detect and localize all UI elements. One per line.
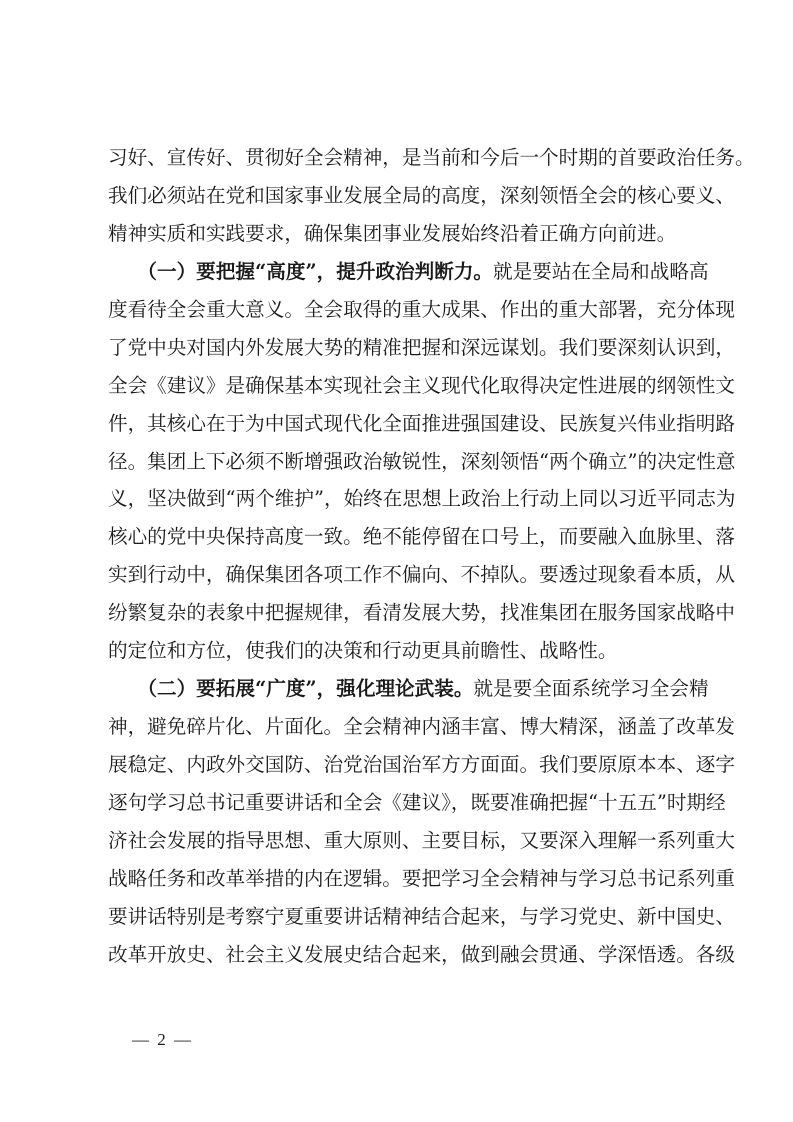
body-text: 习好、宣传好、贯彻好全会精神，是当前和今后一个时期的首要政治任务。 我们必须站在… [108,139,692,974]
paragraph-line: 逐句学习总书记重要讲话和全会《建议》，既要准确把握“十五五”时期经 [108,784,692,822]
paragraph-line: 度看待全会重大意义。全会取得的重大成果、作出的重大部署，充分体现 [108,291,692,329]
indent [108,677,147,700]
paragraph-line: 径。集团上下必须不断增强政治敏锐性，深刻领悟“两个确立”的决定性意 [108,443,692,481]
section-heading-1: （一）要把握“高度”，提升政治判断力。 [147,260,493,283]
section-heading-line-2: （二）要拓展“广度”，强化理论武装。就是要全面系统学习全会精 [108,670,692,708]
paragraph-line: 了党中央对国内外发展大势的精准把握和深远谋划。我们要深刻认识到， [108,329,692,367]
paragraph-line: 精神实质和实践要求，确保集团事业发展始终沿着正确方向前进。 [108,215,692,253]
paragraph-line: 神，避免碎片化、片面化。全会精神内涵丰富、博大精深，涵盖了改革发 [108,708,692,746]
page-number: — 2 — [132,1030,193,1050]
paragraph-line: 要讲话特别是考察宁夏重要讲话精神结合起来，与学习党史、新中国史、 [108,898,692,936]
paragraph-line: 战略任务和改革举措的内在逻辑。要把学习全会精神与学习总书记系列重 [108,860,692,898]
paragraph-line: 的定位和方位，使我们的决策和行动更具前瞻性、战略性。 [108,632,692,670]
paragraph-line: 我们必须站在党和国家事业发展全局的高度，深刻领悟全会的核心要义、 [108,177,692,215]
paragraph-text: 就是要站在全局和战略高 [493,260,709,283]
paragraph-line: 展稳定、内政外交国防、治党治国治军方方面面。我们要原原本本、逐字 [108,746,692,784]
paragraph-line: 改革开放史、社会主义发展史结合起来，做到融会贯通、学深悟透。各级 [108,936,692,974]
section-heading-line-1: （一）要把握“高度”，提升政治判断力。就是要站在全局和战略高 [108,253,692,291]
section-heading-2: （二）要拓展“广度”，强化理论武装。 [147,677,473,700]
paragraph-line: 济社会发展的指导思想、重大原则、主要目标，又要深入理解一系列重大 [108,822,692,860]
paragraph-line: 习好、宣传好、贯彻好全会精神，是当前和今后一个时期的首要政治任务。 [108,139,692,177]
paragraph-line: 件，其核心在于为中国式现代化全面推进强国建设、民族复兴伟业指明路 [108,405,692,443]
paragraph-line: 纷繁复杂的表象中把握规律，看清发展大势，找准集团在服务国家战略中 [108,594,692,632]
paragraph-line: 全会《建议》是确保基本实现社会主义现代化取得决定性进展的纲领性文 [108,367,692,405]
indent [108,260,147,283]
paragraph-text: 就是要全面系统学习全会精 [473,677,708,700]
paragraph-line: 实到行动中，确保集团各项工作不偏向、不掉队。要透过现象看本质，从 [108,556,692,594]
paragraph-line: 核心的党中央保持高度一致。绝不能停留在口号上，而要融入血脉里、落 [108,518,692,556]
paragraph-line: 义，坚决做到“两个维护”，始终在思想上政治上行动上同以习近平同志为 [108,480,692,518]
document-page: 习好、宣传好、贯彻好全会精神，是当前和今后一个时期的首要政治任务。 我们必须站在… [0,0,793,1122]
